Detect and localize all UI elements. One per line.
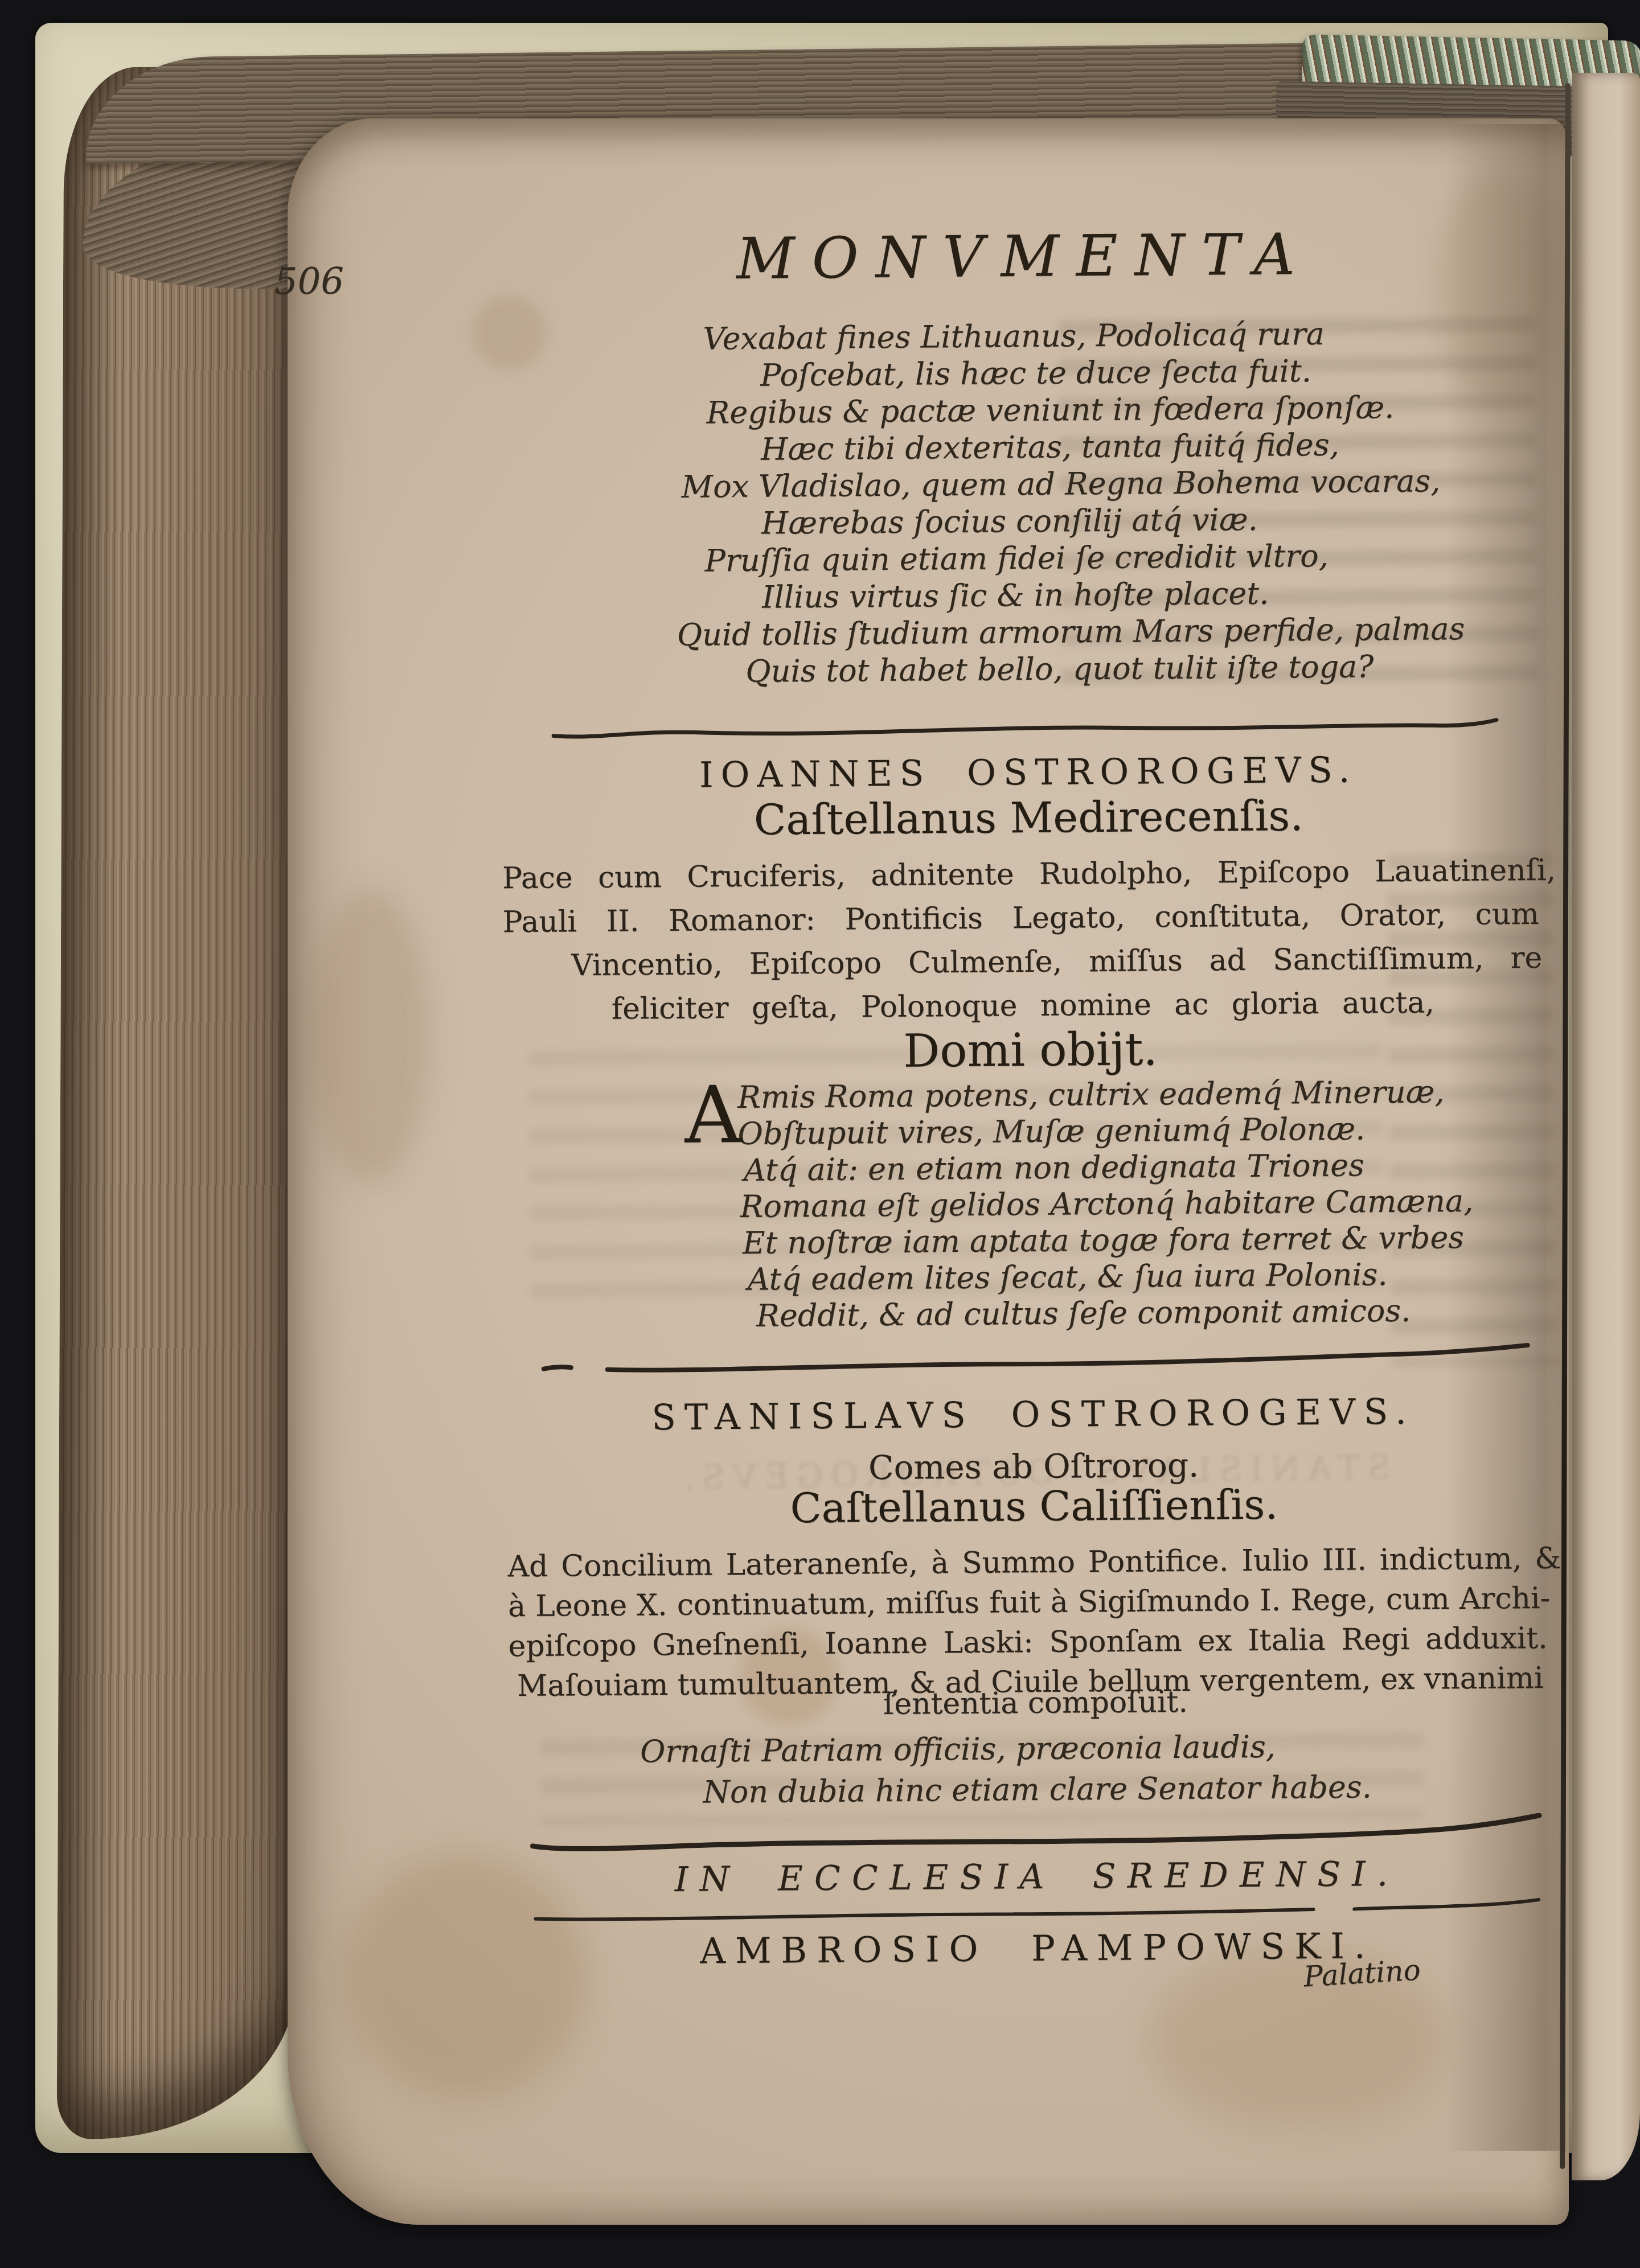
paragraph-stanislavs: Ad Concilium Lateranenſe, à Summo Pontif… (507, 1539, 1562, 1707)
verse-line: Non dubia hinc etiam clare Senator habes… (640, 1766, 1372, 1813)
section-heading-ioannes: IOANNES OSTROROGEVS. (501, 747, 1555, 798)
verse-line: Illius virtus ſic & in hoſte placet. (676, 573, 1465, 617)
verse-line: Reddit, & ad cultus ſeſe componit amicos… (691, 1292, 1474, 1335)
verse-line: Romana eſt gelidos Arctonq́ habitare Cam… (690, 1183, 1473, 1226)
catchword: Palatino (1303, 1953, 1422, 1993)
verse-line: Hærebas ſocius conſilij atq́ viæ. (676, 499, 1464, 543)
section-divider (547, 711, 1503, 743)
verse-line: Et noſtræ iam aptata togæ fora terret & … (690, 1219, 1474, 1262)
section-heading-stanislavs: STANISLAVS OSTROROGEVS. (506, 1390, 1560, 1440)
verse-block-1: Vexabat fines Lithuanus, Podolicaq́ rura… (674, 314, 1465, 691)
verse-line: Quid tollis ſtudium armorum Mars perfide… (676, 610, 1465, 654)
section-divider (535, 1342, 1537, 1382)
closing-line-text: ſententia compoſuit. (883, 1685, 1188, 1721)
paragraph-ioannes: Pace cum Cruciferis, adnitente Rudolpho,… (502, 849, 1557, 1033)
page-block-fore-edge (57, 67, 302, 2139)
verse-line: Atq́ eadem lites ſecat, & ſua iura Polon… (690, 1256, 1474, 1299)
section-subheading-calissiensis: Caſtellanus Caliſſienſis. (507, 1478, 1561, 1535)
page-number: 506 (274, 260, 345, 303)
section-subheading-medirecensis: Caſtellanus Medirecenſis. (502, 790, 1556, 847)
verse-line: Rmis Roma potens, cultrix eademq́ Mineru… (737, 1074, 1473, 1116)
verse-line: Quis tot habet bello, quot tulit iſte to… (677, 647, 1465, 691)
paragraph-line: Vincentio, Epiſcopo Culmenſe, miſſus ad … (571, 936, 1543, 988)
church-heading: IN ECCLESIA SREDENSI. (510, 1853, 1564, 1901)
facing-page-edge (1572, 73, 1640, 2180)
book-scan-photo: 506 MONVMENTA Vexabat fines Lithuanus, P… (0, 0, 1640, 2268)
running-title: MONVMENTA (497, 219, 1551, 294)
verse-line: Hæc tibi dexteritas, tanta fuitq́ fides, (675, 425, 1463, 469)
verse-block-3: Ornaſti Patriam officiis, præconia laudi… (640, 1725, 1372, 1813)
paragraph-line: Pauli II. Romanor: Pontificis Legato, co… (502, 893, 1539, 944)
text-column: 506 MONVMENTA Vexabat fines Lithuanus, P… (495, 0, 1567, 2268)
drop-cap: A (684, 1076, 742, 1155)
verse-line: Ornaſti Patriam officiis, præconia laudi… (640, 1725, 1372, 1772)
obit-heading: Domi obijt. (503, 1020, 1557, 1081)
section-divider (527, 1896, 1547, 1927)
verse-line: Regibus & pactæ veniunt in fœdera ſponſæ… (675, 388, 1463, 432)
verse-line: Mox Vladislao, quem ad Regna Bohema voca… (675, 462, 1463, 506)
paragraph-line: Pace cum Cruciferis, adnitente Rudolpho,… (502, 849, 1556, 901)
verse-line: Pruſſia quin etiam fidei ſe credidit vlt… (676, 536, 1464, 580)
verse-line: Vexabat fines Lithuanus, Podolicaq́ rura (674, 314, 1462, 358)
verse-line: Obſtupuit vires, Muſæ geniumq́ Polonæ. (737, 1110, 1473, 1152)
verse-block-2: A Rmis Roma potens, cultrix eademq́ Mine… (689, 1074, 1474, 1335)
section-divider (527, 1813, 1546, 1858)
verse-line: Atq́ ait: en etiam non dedignata Triones (690, 1147, 1473, 1189)
verse-line: Poſcebat, lis hæc te duce ſecta fuit. (675, 351, 1463, 395)
